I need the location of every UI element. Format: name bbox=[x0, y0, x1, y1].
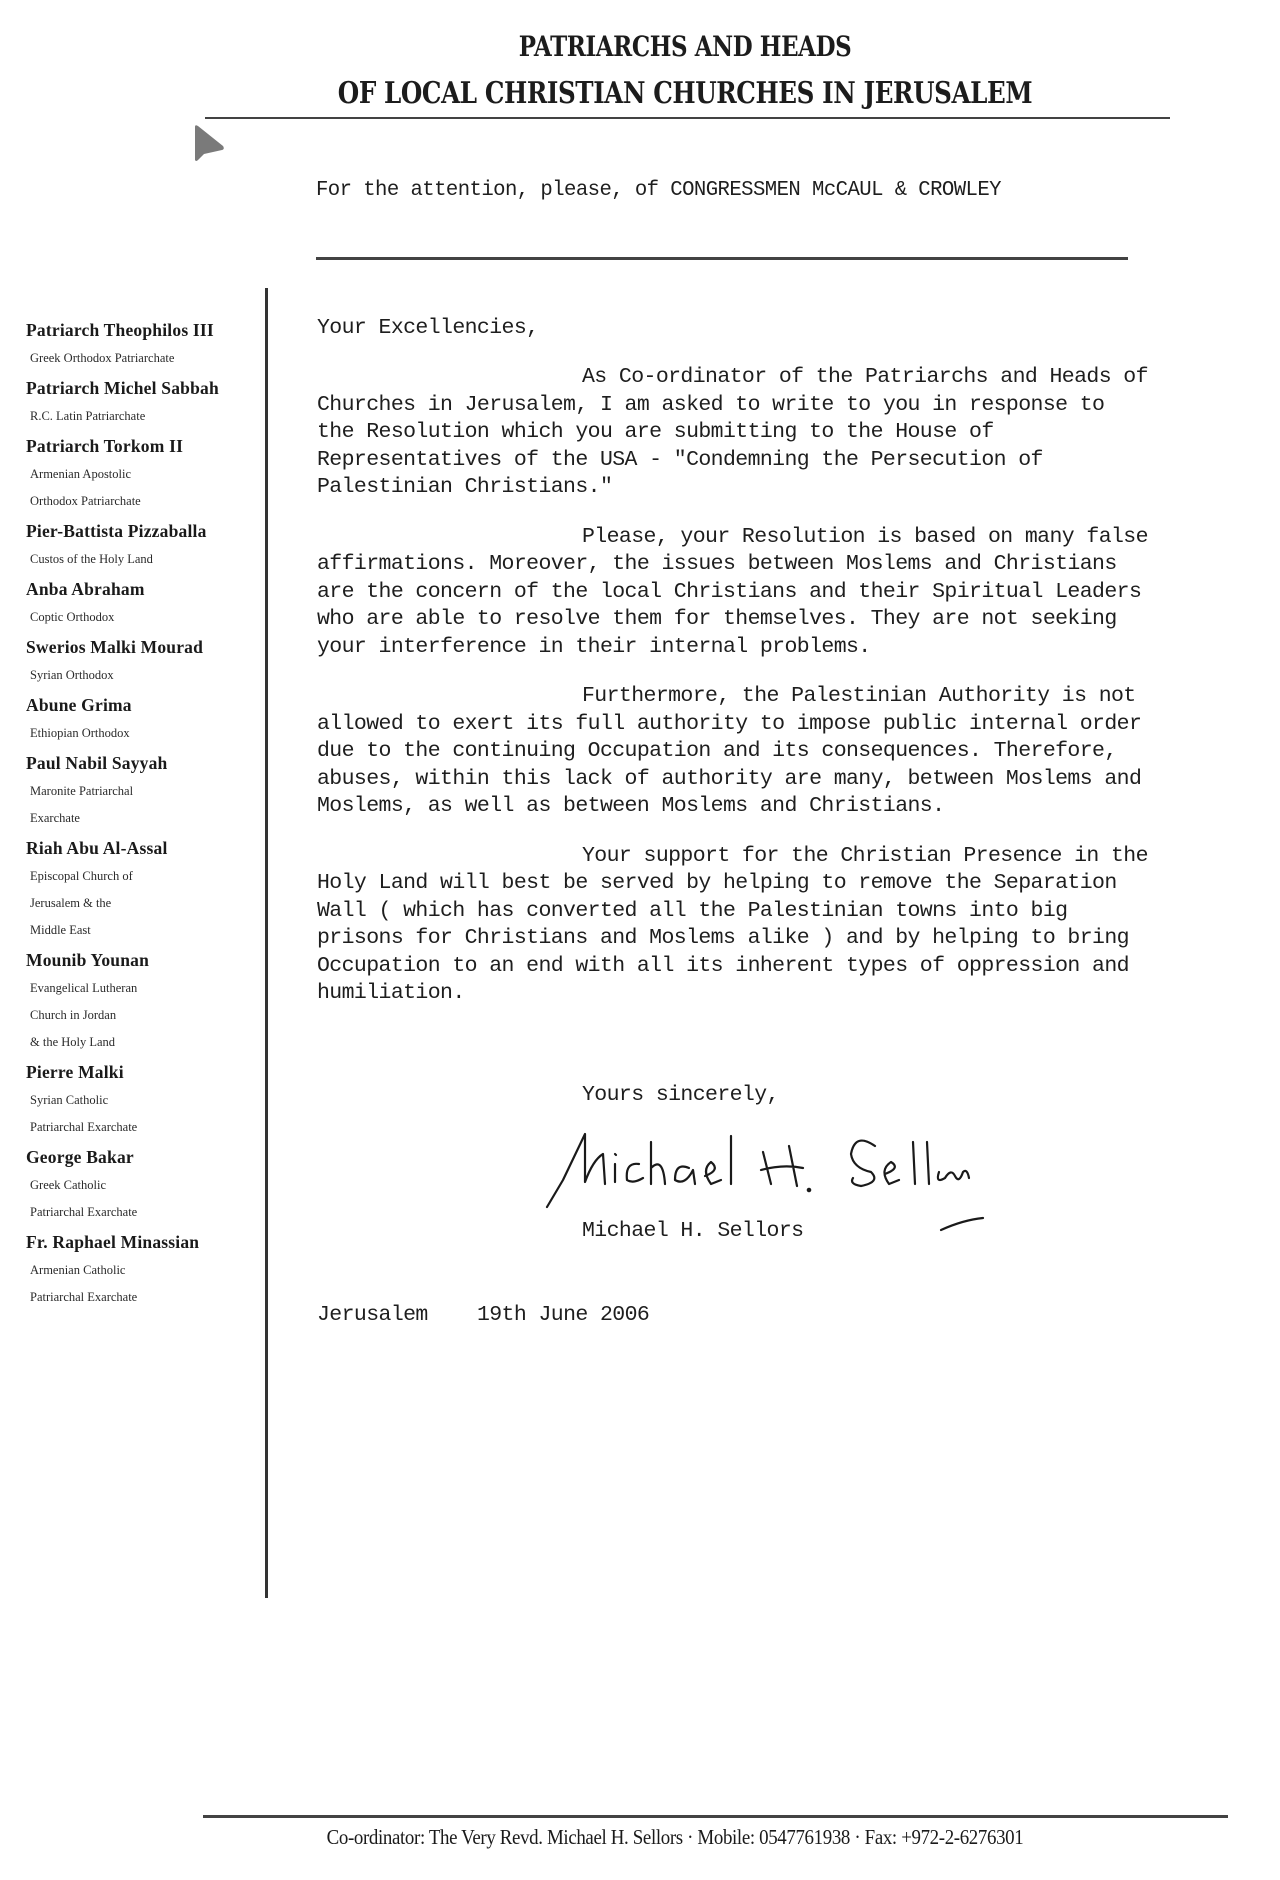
paragraph-body: allowed to exert its full authority to i… bbox=[317, 712, 1141, 819]
letter-body: Your Excellencies, As Co-ordinator of th… bbox=[317, 316, 1257, 1030]
signatory-church: Patriarchal Exarchate bbox=[26, 1290, 261, 1305]
paragraph-first-line: As Co-ordinator of the Patriarchs and He… bbox=[582, 365, 1148, 389]
paragraph-body: Churches in Jerusalem, I am asked to wri… bbox=[317, 393, 1104, 500]
place-date: Jerusalem 19th June 2006 bbox=[317, 1303, 649, 1327]
signatory-church: Exarchate bbox=[26, 811, 261, 826]
signatories-list: Patriarch Theophilos IIIGreek Orthodox P… bbox=[26, 320, 261, 1317]
footer-rule bbox=[203, 1815, 1228, 1818]
signatory-church: Armenian Apostolic bbox=[26, 467, 261, 482]
letter-paragraph: As Co-ordinator of the Patriarchs and He… bbox=[317, 364, 1257, 502]
signatory-name: Patriarch Michel Sabbah bbox=[26, 378, 261, 399]
greeting: Your Excellencies, bbox=[317, 316, 1257, 340]
date: 19th June 2006 bbox=[477, 1303, 649, 1327]
attention-line: For the attention, please, of CONGRESSME… bbox=[316, 178, 1001, 202]
letterhead-title-line-1: PATRIARCHS AND HEADS bbox=[160, 30, 1210, 63]
signatory-church: Syrian Orthodox bbox=[26, 668, 261, 683]
paragraph-first-line: Please, your Resolution is based on many… bbox=[582, 525, 1148, 549]
signatory-church: Maronite Patriarchal bbox=[26, 784, 261, 799]
printed-name: Michael H. Sellors bbox=[582, 1219, 803, 1243]
signatory-church: Ethiopian Orthodox bbox=[26, 726, 261, 741]
signatory-name: Anba Abraham bbox=[26, 579, 261, 600]
signatory-name: Abune Grima bbox=[26, 695, 261, 716]
letterhead-title-line-2: OF LOCAL CHRISTIAN CHURCHES IN JERUSALEM bbox=[160, 76, 1210, 111]
signatory-name: George Bakar bbox=[26, 1147, 261, 1168]
signatory-church: Patriarchal Exarchate bbox=[26, 1205, 261, 1220]
paragraph-body: affirmations. Moreover, the issues betwe… bbox=[317, 552, 1141, 659]
signatory-name: Mounib Younan bbox=[26, 950, 261, 971]
signatory-name: Swerios Malki Mourad bbox=[26, 637, 261, 658]
letter-paragraph: Please, your Resolution is based on many… bbox=[317, 524, 1257, 662]
signatory-church: Episcopal Church of bbox=[26, 869, 261, 884]
paragraph-first-line: Furthermore, the Palestinian Authority i… bbox=[582, 684, 1136, 708]
signatory-church: Jerusalem & the bbox=[26, 896, 261, 911]
signatory-church: Armenian Catholic bbox=[26, 1263, 261, 1278]
signatory-church: Greek Orthodox Patriarchate bbox=[26, 351, 261, 366]
signatory-name: Patriarch Theophilos III bbox=[26, 320, 261, 341]
place: Jerusalem bbox=[317, 1303, 428, 1327]
signatory-church: & the Holy Land bbox=[26, 1035, 261, 1050]
mouse-pointer-icon bbox=[192, 124, 226, 164]
signatory-name: Fr. Raphael Minassian bbox=[26, 1232, 261, 1253]
signatory-name: Patriarch Torkom II bbox=[26, 436, 261, 457]
signatory-church: Church in Jordan bbox=[26, 1008, 261, 1023]
signatory-name: Riah Abu Al-Assal bbox=[26, 838, 261, 859]
paragraph-first-line: Your support for the Christian Presence … bbox=[582, 844, 1148, 868]
signatory-church: Orthodox Patriarchate bbox=[26, 494, 261, 509]
attention-rule bbox=[316, 257, 1128, 260]
signatory-church: R.C. Latin Patriarchate bbox=[26, 409, 261, 424]
letter-paragraphs: As Co-ordinator of the Patriarchs and He… bbox=[317, 364, 1257, 1008]
signatory-church: Evangelical Lutheran bbox=[26, 981, 261, 996]
signatory-church: Greek Catholic bbox=[26, 1178, 261, 1193]
paragraph-body: Holy Land will best be served by helping… bbox=[317, 871, 1129, 1005]
header-rule bbox=[205, 117, 1170, 119]
signatory-church: Coptic Orthodox bbox=[26, 610, 261, 625]
signatory-name: Paul Nabil Sayyah bbox=[26, 753, 261, 774]
signatory-church: Syrian Catholic bbox=[26, 1093, 261, 1108]
footer-contact: Co-ordinator: The Very Revd. Michael H. … bbox=[99, 1825, 1251, 1850]
signatory-name: Pierre Malki bbox=[26, 1062, 261, 1083]
signatory-name: Pier-Battista Pizzaballa bbox=[26, 521, 261, 542]
signatory-church: Custos of the Holy Land bbox=[26, 552, 261, 567]
closing: Yours sincerely, bbox=[582, 1083, 779, 1107]
letter-paragraph: Your support for the Christian Presence … bbox=[317, 843, 1257, 1008]
letter-paragraph: Furthermore, the Palestinian Authority i… bbox=[317, 683, 1257, 821]
signatory-church: Patriarchal Exarchate bbox=[26, 1120, 261, 1135]
sidebar-divider bbox=[265, 288, 268, 1598]
signatory-church: Middle East bbox=[26, 923, 261, 938]
